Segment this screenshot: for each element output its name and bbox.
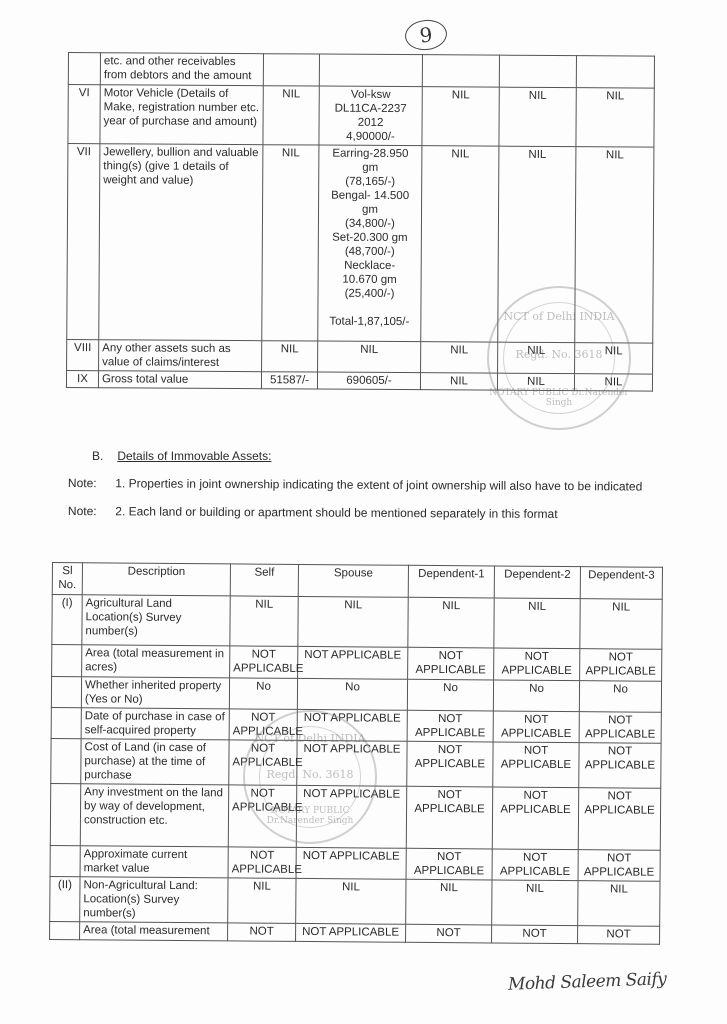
row-number: [50, 921, 80, 939]
table-row: Area (total measurement in acres)NOT APP…: [52, 645, 662, 682]
value-cell: [499, 55, 576, 87]
value-cell: NIL: [318, 341, 421, 373]
value-cell: NIL: [422, 87, 499, 146]
value-cell: NOT APPLICABLE: [229, 709, 297, 741]
table-row: VIMotor Vehicle (Details of Make, regist…: [68, 85, 654, 148]
value-cell: NIL: [492, 880, 578, 926]
row-number: (II): [50, 876, 80, 921]
value-cell: No: [493, 680, 579, 712]
row-number: IX: [66, 370, 98, 387]
value-cell: [319, 54, 422, 87]
row-number: [52, 645, 82, 677]
row-description: Motor Vehicle (Details of Make, registra…: [100, 85, 263, 145]
value-cell: NOT APPLICABLE: [228, 847, 296, 879]
value-cell: NIL: [408, 597, 494, 648]
value-cell: NOT APPLICABLE: [579, 712, 661, 744]
value-cell: NOT APPLICABLE: [297, 709, 407, 741]
row-number: VII: [67, 144, 100, 340]
value-cell: NOT APPLICABLE: [298, 646, 408, 679]
value-cell: NIL: [296, 878, 406, 924]
table-row: VIIJewellery, bullion and valuable thing…: [67, 144, 654, 344]
row-number: [51, 738, 81, 783]
column-header: Spouse: [298, 564, 408, 597]
value-cell: NIL: [420, 373, 497, 390]
value-cell: NIL: [576, 88, 654, 147]
value-cell: NOT APPLICABLE: [228, 785, 296, 848]
row-description: Area (total measurement: [80, 922, 228, 941]
section-b-label: B.: [92, 449, 114, 463]
page-number: 9: [404, 18, 449, 52]
value-cell: NIL: [406, 879, 492, 925]
row-number: [51, 707, 81, 738]
value-cell: NIL: [263, 86, 319, 145]
note-label: Note:: [68, 504, 112, 518]
row-description: Date of purchase in case of self-acquire…: [81, 708, 229, 740]
row-description: Gross total value: [98, 371, 261, 389]
section-b-heading: B. Details of Immovable Assets:: [92, 449, 271, 463]
value-cell: NIL: [575, 343, 653, 374]
value-cell: Vol-ksw DL11CA-2237 2012 4,90000/-: [319, 86, 422, 146]
value-cell: NIL: [499, 87, 576, 146]
value-cell: NOT: [578, 926, 660, 945]
value-cell: [263, 54, 319, 86]
value-cell: NOT: [492, 925, 578, 944]
note-text: 2. Each land or building or apartment sh…: [115, 504, 557, 521]
column-header: Dependent-2: [494, 566, 580, 599]
value-cell: NIL: [494, 598, 580, 649]
value-cell: NIL: [230, 596, 298, 647]
table-row: Whether inherited property (Yes or No)No…: [51, 677, 661, 713]
value-cell: NIL: [497, 373, 574, 390]
note-label: Note:: [68, 476, 112, 490]
row-description: Area (total measurement in acres): [82, 645, 230, 678]
column-header: Dependent-3: [580, 567, 662, 600]
table-row: Any investment on the land by way of dev…: [50, 783, 660, 850]
table-row: Area (total measurementNOTNOT APPLICABLE…: [50, 921, 660, 944]
signature: Mohd Saleem Saify: [508, 969, 667, 995]
table-row: Cost of Land (in case of purchase) at th…: [51, 738, 661, 788]
value-cell: NIL: [262, 341, 318, 372]
row-number: [68, 53, 100, 85]
row-number: [51, 677, 81, 708]
column-header: Sl No.: [52, 563, 82, 595]
column-header: Self: [230, 564, 298, 597]
note-separate-mention: Note: 2. Each land or building or apartm…: [68, 504, 668, 522]
table-row: IXGross total value51587/-690605/-NILNIL…: [66, 370, 652, 391]
value-cell: NIL: [262, 145, 319, 341]
value-cell: No: [229, 678, 297, 710]
row-number: [50, 845, 80, 876]
row-description: Approximate current market value: [80, 846, 228, 878]
value-cell: NOT: [228, 923, 296, 942]
movable-assets-table: etc. and other receivables from debtors …: [66, 52, 655, 392]
value-cell: NIL: [575, 147, 654, 343]
value-cell: NOT APPLICABLE: [408, 647, 494, 680]
value-cell: No: [579, 681, 661, 713]
value-cell: NIL: [498, 146, 576, 342]
value-cell: NOT APPLICABLE: [492, 849, 578, 881]
value-cell: 690605/-: [317, 372, 420, 390]
value-cell: NOT APPLICABLE: [493, 711, 579, 743]
value-cell: NOT APPLICABLE: [296, 923, 406, 942]
value-cell: NOT APPLICABLE: [407, 710, 493, 742]
value-cell: NOT APPLICABLE: [494, 648, 580, 681]
value-cell: NOT APPLICABLE: [493, 742, 579, 788]
row-description: Agricultural Land Location(s) Survey num…: [82, 595, 230, 646]
table-row: etc. and other receivables from debtors …: [68, 53, 654, 89]
row-number: [50, 783, 80, 845]
value-cell: 51587/-: [261, 372, 317, 389]
section-b-title: Details of Immovable Assets:: [117, 449, 271, 463]
column-header: Dependent-1: [408, 565, 494, 598]
row-description: Non-Agricultural Land: Location(s) Surve…: [80, 877, 228, 923]
note-text: 1. Properties in joint ownership indicat…: [115, 476, 642, 493]
table-row: (II)Non-Agricultural Land: Location(s) S…: [50, 876, 660, 926]
value-cell: NOT APPLICABLE: [406, 786, 492, 849]
row-description: Any investment on the land by way of dev…: [80, 784, 228, 847]
value-cell: No: [407, 679, 493, 711]
value-cell: NOT APPLICABLE: [229, 740, 297, 786]
row-number: VI: [68, 85, 100, 144]
value-cell: NOT APPLICABLE: [578, 850, 660, 882]
value-cell: Earring-28.950 gm (78,165/-) Bengal- 14.…: [318, 145, 422, 342]
row-description: Any other assets such as value of claims…: [99, 340, 262, 372]
value-cell: NIL: [421, 342, 498, 373]
value-cell: NIL: [574, 374, 652, 391]
value-cell: NOT APPLICABLE: [578, 788, 660, 851]
row-description: Whether inherited property (Yes or No): [81, 677, 229, 709]
value-cell: NOT APPLICABLE: [406, 848, 492, 880]
value-cell: [576, 56, 654, 88]
value-cell: NIL: [421, 146, 499, 342]
value-cell: NIL: [298, 596, 408, 647]
value-cell: NOT APPLICABLE: [407, 741, 493, 787]
table-row: (I)Agricultural Land Location(s) Survey …: [52, 595, 662, 650]
value-cell: NIL: [228, 878, 296, 924]
row-description: etc. and other receivables from debtors …: [100, 53, 263, 86]
value-cell: NIL: [498, 342, 575, 373]
note-joint-ownership: Note: 1. Properties in joint ownership i…: [68, 476, 668, 494]
value-cell: NOT APPLICABLE: [230, 646, 298, 679]
immovable-assets-table: Sl No.DescriptionSelfSpouseDependent-1De…: [49, 562, 663, 945]
value-cell: NIL: [580, 599, 662, 650]
value-cell: NOT APPLICABLE: [579, 743, 661, 789]
value-cell: NOT APPLICABLE: [296, 785, 406, 848]
column-header: Description: [82, 563, 230, 596]
value-cell: NOT APPLICABLE: [296, 847, 406, 879]
value-cell: NOT: [406, 924, 492, 943]
value-cell: [422, 55, 499, 87]
table-row: VIIIAny other assets such as value of cl…: [67, 339, 653, 374]
table-row: Approximate current market valueNOT APPL…: [50, 845, 660, 881]
table-row: Date of purchase in case of self-acquire…: [51, 707, 661, 743]
value-cell: No: [297, 678, 407, 710]
value-cell: NIL: [578, 881, 660, 927]
row-description: Cost of Land (in case of purchase) at th…: [81, 739, 229, 785]
row-number: (I): [52, 595, 82, 645]
value-cell: NOT APPLICABLE: [492, 787, 578, 850]
row-number: VIII: [67, 339, 99, 370]
table-header-row: Sl No.DescriptionSelfSpouseDependent-1De…: [52, 563, 662, 600]
value-cell: NOT APPLICABLE: [297, 740, 407, 786]
row-description: Jewellery, bullion and valuable thing(s)…: [99, 144, 263, 341]
value-cell: NOT APPLICABLE: [580, 649, 662, 682]
